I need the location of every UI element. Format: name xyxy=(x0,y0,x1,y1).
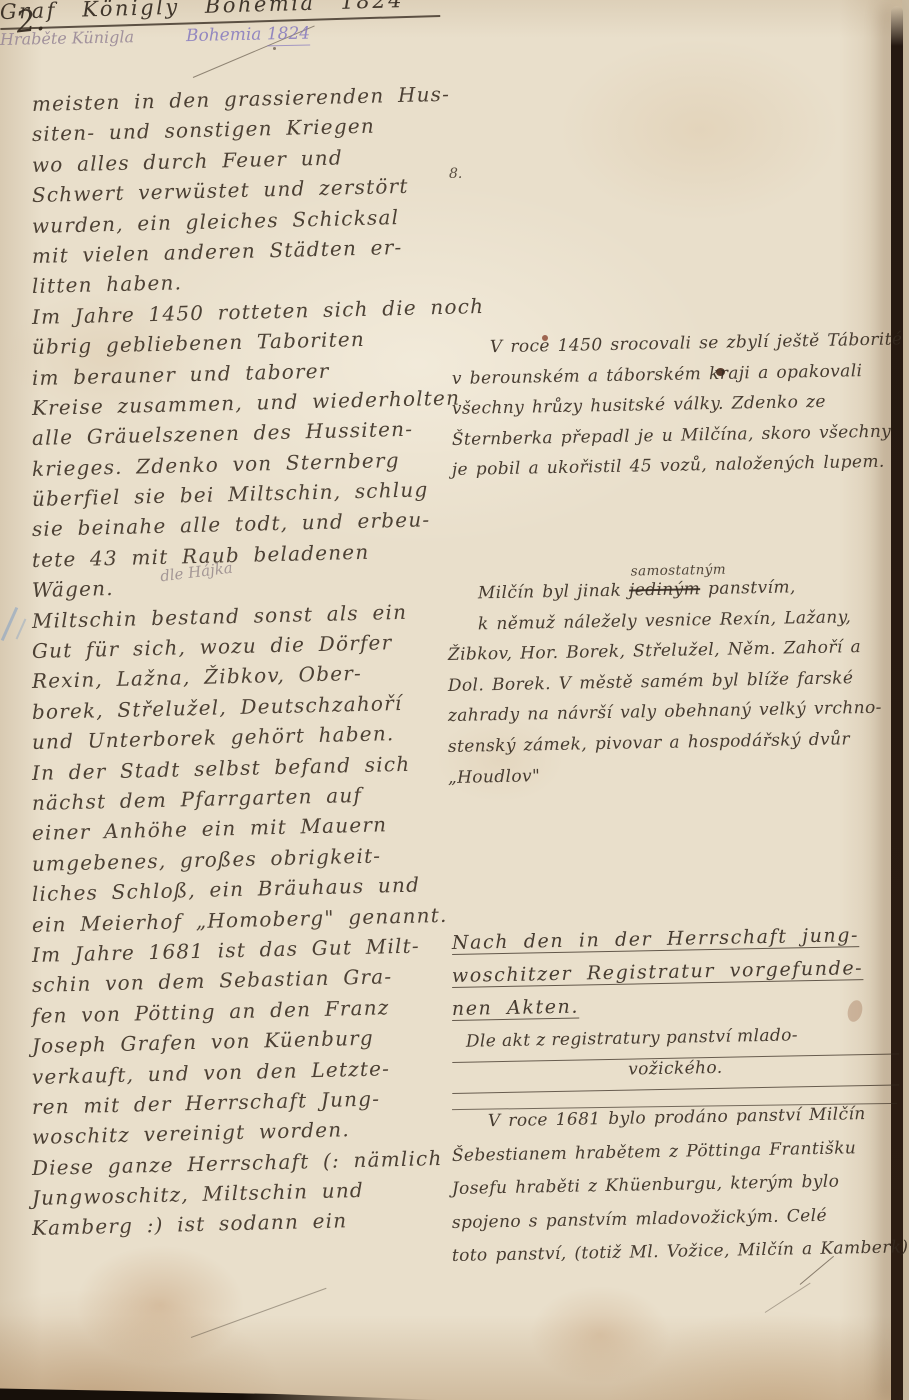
ink-dot xyxy=(273,47,276,50)
line-text: Milčín byl jinak xyxy=(478,581,630,604)
pencil-annotation-year: 1824 xyxy=(267,24,311,47)
paragraph-1450-german: Im Jahre 1450 rotteten sich die nochübri… xyxy=(32,305,456,609)
scratch-line xyxy=(765,1283,811,1313)
paragraph-1681-german: Im Jahre 1681 ist das Gut Milt-schin von… xyxy=(32,943,456,1247)
manuscript-page: 2. 8. dle Hájka meisten in den grassiere… xyxy=(0,0,909,1400)
struck-word: samostatnýmjediným xyxy=(629,579,700,600)
paragraph-miltschin-german: Miltschin bestand sonst als einGut für s… xyxy=(32,609,456,943)
source-note-german: Nach den in der Herrschaft jung-woschitz… xyxy=(452,932,898,1031)
scratch-line xyxy=(191,1288,327,1338)
left-column-german: meisten in den grassierenden Hus-siten- … xyxy=(32,92,456,1247)
page-bottom-edge xyxy=(0,1384,440,1400)
paragraph-1450-czech: V roce 1450 srocovali se zbylí ještě Táb… xyxy=(452,338,908,491)
struck-word-text: jediným xyxy=(629,579,700,600)
paragraph-intro: meisten in den grassierenden Hus-siten- … xyxy=(32,92,456,305)
paragraph-milcin-rest: k němuž náležely vesnice Rexín, Lažany,Ž… xyxy=(448,615,906,799)
source-note-czech: Dle akt z registratury panství mlado-vož… xyxy=(452,1032,899,1094)
blue-pencil-mark xyxy=(16,619,27,640)
line-text: panstvím, xyxy=(700,577,796,599)
pencil-annotation-czech: Hraběte Künigla xyxy=(0,27,134,49)
paragraph-milcin-czech: Milčín byl jinak samostatnýmjediným pans… xyxy=(448,584,906,798)
inserted-word: samostatným xyxy=(631,562,727,580)
pencil-annotation-bohemia: Bohemia 1824 xyxy=(186,24,311,47)
pencil-annotation-word: Bohemia xyxy=(186,24,267,46)
paragraph-1681-czech: V roce 1681 bylo prodáno panství MilčínŠ… xyxy=(452,1112,909,1280)
